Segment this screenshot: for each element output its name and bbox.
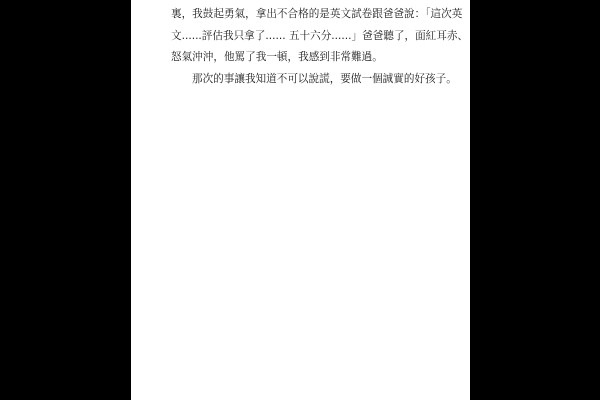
document-body: 裏，我鼓起勇氣，拿出不合格的是英文試卷跟爸爸說：「這次英 文......評估我只…	[171, 4, 441, 91]
paragraph-2: 那次的事讓我知道不可以說謊，要做一個誠實的好孩子。	[171, 69, 441, 91]
paragraph-1: 裏，我鼓起勇氣，拿出不合格的是英文試卷跟爸爸說：「這次英 文......評估我只…	[171, 4, 441, 69]
text-line: 那次的事讓我知道不可以說謊，要做一個誠實的好孩子。	[171, 69, 441, 91]
document-page: 裏，我鼓起勇氣，拿出不合格的是英文試卷跟爸爸說：「這次英 文......評估我只…	[131, 0, 470, 400]
text-line: 文......評估我只拿了...... 五十六分......」爸爸聽了，面紅耳赤…	[171, 26, 441, 48]
text-line: 裏，我鼓起勇氣，拿出不合格的是英文試卷跟爸爸說：「這次英	[171, 4, 441, 26]
text-line: 怒氣沖沖，他罵了我一頓，我感到非常難過。	[171, 47, 441, 69]
